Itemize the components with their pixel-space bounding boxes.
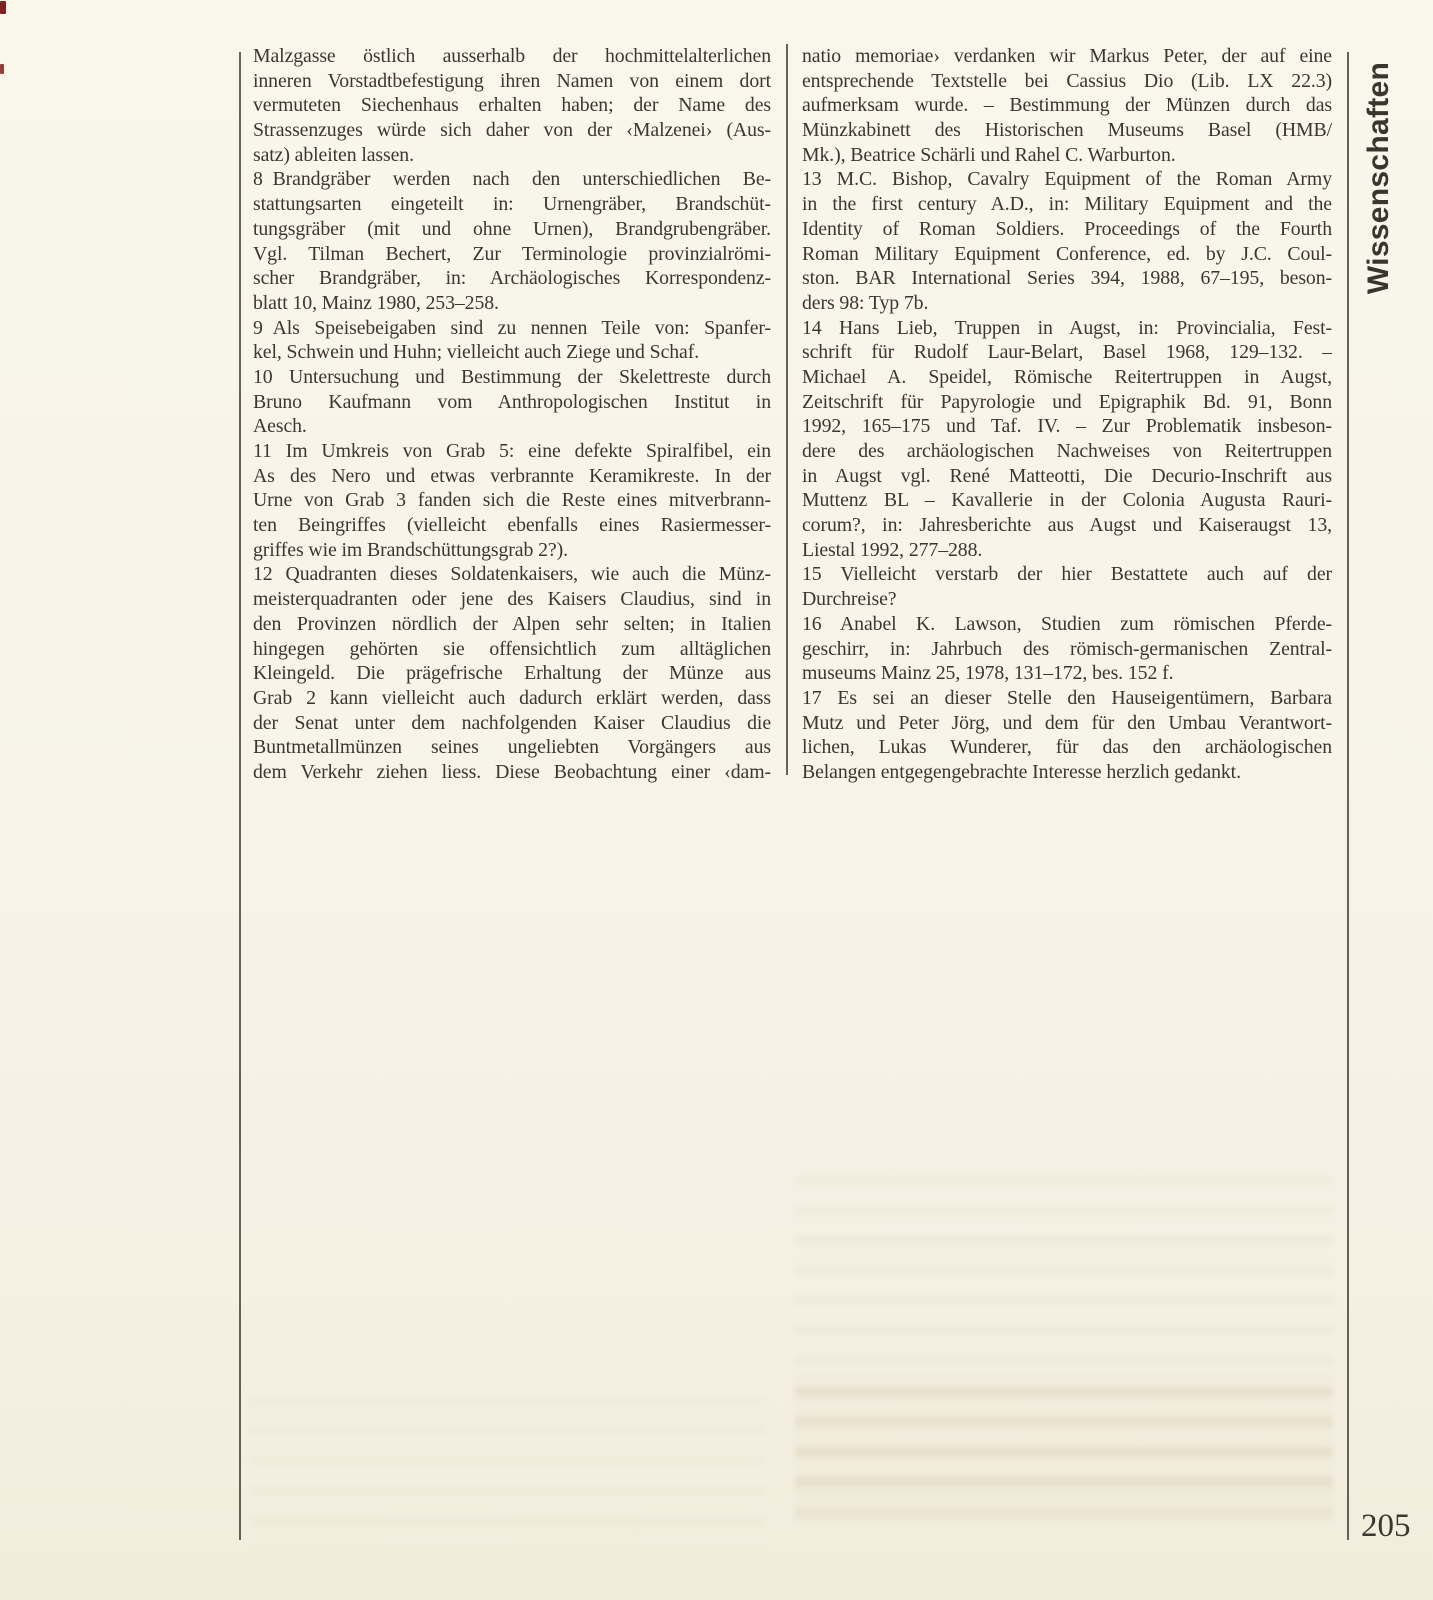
text-line: Roman Military Equipment Conference, ed.… (802, 242, 1332, 267)
text-line: in Augst vgl. René Matteotti, Die Decuri… (802, 464, 1332, 489)
text-line: 17 Es sei an dieser Stelle den Hauseigen… (802, 686, 1332, 711)
text-line: 8 Brandgräber werden nach den unterschie… (253, 167, 771, 192)
text-line: Muttenz BL – Kavallerie in der Colonia A… (802, 488, 1332, 513)
left-margin-rule (239, 52, 241, 1540)
text-line: 10 Untersuchung und Bestimmung der Skele… (253, 365, 771, 390)
text-line: Aesch. (253, 414, 771, 439)
text-line: Mutz und Peter Jörg, und dem für den Umb… (802, 711, 1332, 736)
text-line: Durchreise? (802, 587, 1332, 612)
text-line: 13 M.C. Bishop, Cavalry Equipment of the… (802, 167, 1332, 192)
text-line: den Provinzen nördlich der Alpen sehr se… (253, 612, 771, 637)
text-line: ten Beingriffes (vielleicht ebenfalls ei… (253, 513, 771, 538)
text-line: Grab 2 kann vielleicht auch dadurch erkl… (253, 686, 771, 711)
text-line: blatt 10, Mainz 1980, 253–258. (253, 291, 771, 316)
text-line: hingegen gehörten sie offensichtlich zum… (253, 637, 771, 662)
text-line: entsprechende Textstelle bei Cassius Dio… (802, 69, 1332, 94)
text-line: inneren Vorstadtbefestigung ihren Namen … (253, 69, 771, 94)
text-line: ders 98: Typ 7b. (802, 291, 1332, 316)
section-sidebar-label: Wissenschaften (1362, 62, 1396, 294)
scan-artifact-mark (0, 1, 6, 14)
text-line: dere des archäologischen Nachweises von … (802, 439, 1332, 464)
text-line: natio memoriae› verdanken wir Markus Pet… (802, 44, 1332, 69)
text-line: corum?, in: Jahresberichte aus Augst und… (802, 513, 1332, 538)
text-line: satz) ableiten lassen. (253, 143, 771, 168)
text-line: vermuteten Siechenhaus erhalten haben; d… (253, 93, 771, 118)
text-line: Münzkabinett des Historischen Museums Ba… (802, 118, 1332, 143)
text-line: Kleingeld. Die prägefrische Erhaltung de… (253, 661, 771, 686)
text-line: Malzgasse östlich ausserhalb der hochmit… (253, 44, 771, 69)
text-line: 12 Quadranten dieses Soldatenkaisers, wi… (253, 562, 771, 587)
text-line: Liestal 1992, 277–288. (802, 538, 1332, 563)
text-line: Mk.), Beatrice Schärli und Rahel C. Warb… (802, 143, 1332, 168)
left-text-column: Malzgasse östlich ausserhalb der hochmit… (253, 44, 771, 785)
text-line: der Senat unter dem nachfolgenden Kaiser… (253, 711, 771, 736)
text-line: Buntmetallmünzen seines ungeliebten Vorg… (253, 735, 771, 760)
scan-artifact-mark (0, 64, 4, 74)
text-line: Bruno Kaufmann vom Anthropologischen Ins… (253, 390, 771, 415)
scanned-journal-page: Malzgasse östlich ausserhalb der hochmit… (0, 0, 1433, 1600)
bleed-through-ghost (795, 1158, 1333, 1493)
text-line: dem Verkehr ziehen liess. Diese Beobacht… (253, 760, 771, 785)
text-line: 16 Anabel K. Lawson, Studien zum römisch… (802, 612, 1332, 637)
text-line: scher Brandgräber, in: Archäologisches K… (253, 266, 771, 291)
text-line: Michael A. Speidel, Römische Reitertrupp… (802, 365, 1332, 390)
text-line: Urne von Grab 3 fanden sich die Reste ei… (253, 488, 771, 513)
text-line: in the first century A.D., in: Military … (802, 192, 1332, 217)
text-line: 14 Hans Lieb, Truppen in Augst, in: Prov… (802, 316, 1332, 341)
text-line: tungsgräber (mit und ohne Urnen), Brandg… (253, 217, 771, 242)
right-text-column: natio memoriae› verdanken wir Markus Pet… (802, 44, 1332, 785)
text-line: meisterquadranten oder jene des Kaisers … (253, 587, 771, 612)
text-line: ston. BAR International Series 394, 1988… (802, 266, 1332, 291)
text-line: 15 Vielleicht verstarb der hier Bestatte… (802, 562, 1332, 587)
text-line: Strassenzuges würde sich daher von der ‹… (253, 118, 771, 143)
text-line: kel, Schwein und Huhn; vielleicht auch Z… (253, 340, 771, 365)
text-line: lichen, Lukas Wunderer, für das den arch… (802, 735, 1332, 760)
text-line: Belangen entgegengebrachte Interesse her… (802, 760, 1332, 785)
bleed-through-ghost (250, 1378, 765, 1548)
text-line: stattungsarten eingeteilt in: Urnengräbe… (253, 192, 771, 217)
text-line: geschirr, in: Jahrbuch des römisch-germa… (802, 637, 1332, 662)
column-divider-rule (786, 44, 788, 775)
text-line: As des Nero und etwas verbrannte Keramik… (253, 464, 771, 489)
right-margin-rule (1347, 52, 1349, 1540)
text-line: aufmerksam wurde. – Bestimmung der Münze… (802, 93, 1332, 118)
text-line: griffes wie im Brandschüttungsgrab 2?). (253, 538, 771, 563)
text-line: Zeitschrift für Papyrologie und Epigraph… (802, 390, 1332, 415)
text-line: 11 Im Umkreis von Grab 5: eine defekte S… (253, 439, 771, 464)
text-line: museums Mainz 25, 1978, 131–172, bes. 15… (802, 661, 1332, 686)
text-line: schrift für Rudolf Laur-Belart, Basel 19… (802, 340, 1332, 365)
text-line: 1992, 165–175 und Taf. IV. – Zur Problem… (802, 414, 1332, 439)
bleed-through-ghost (795, 1372, 1333, 1522)
text-line: Vgl. Tilman Bechert, Zur Terminologie pr… (253, 242, 771, 267)
text-line: Identity of Roman Soldiers. Proceedings … (802, 217, 1332, 242)
text-line: 9 Als Speisebeigaben sind zu nennen Teil… (253, 316, 771, 341)
page-number: 205 (1361, 1508, 1411, 1545)
